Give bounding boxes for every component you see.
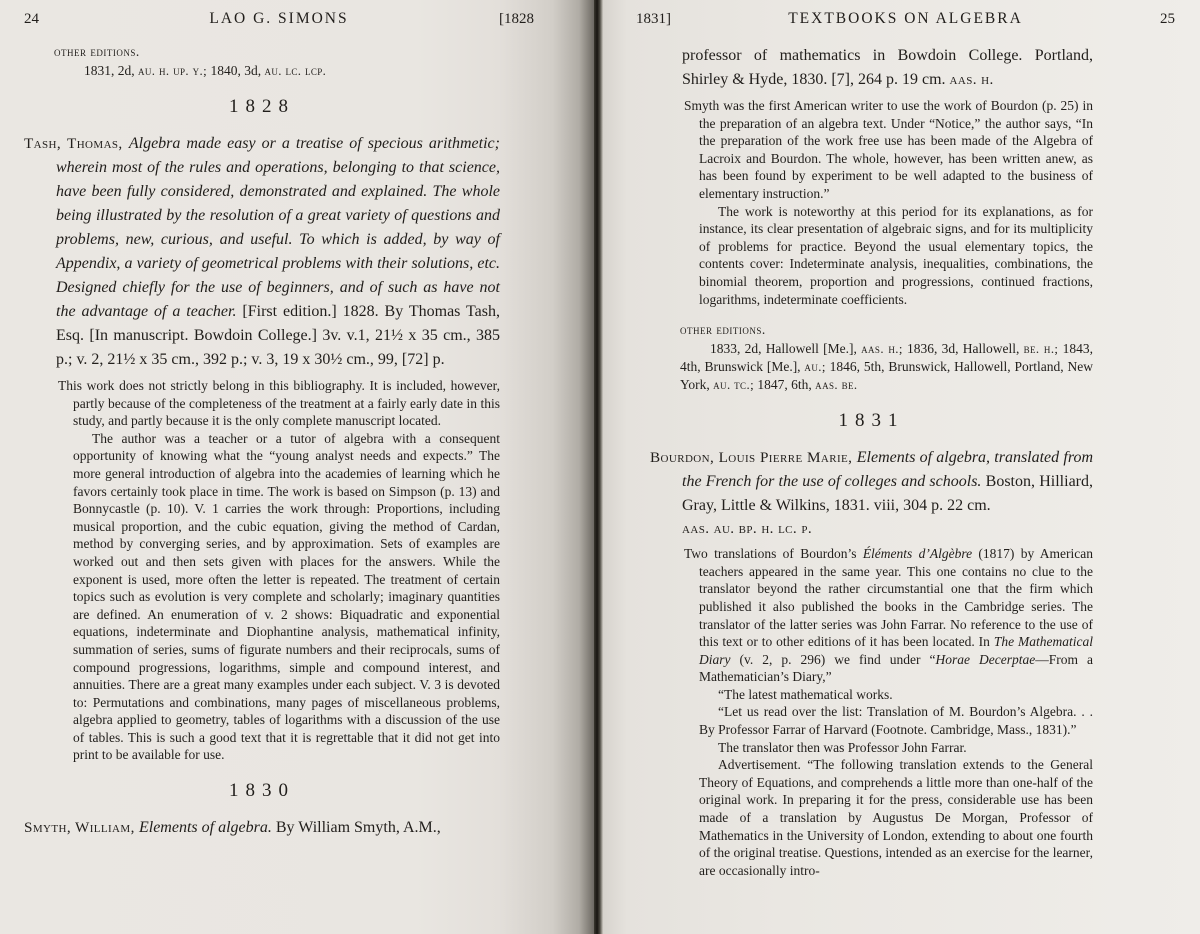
left-other-editions-label: other editions. [54, 44, 500, 60]
left-running-title: LAO G. SIMONS [94, 10, 464, 28]
bourdon-note-paragraph-1: Two translations of Bourdon’s Éléments d… [684, 545, 1093, 686]
section-heading-1831: 1831 [650, 410, 1093, 432]
entry-smyth-continuation: professor of mathematics in Bowdoin Coll… [650, 44, 1093, 92]
bourdon-annotation: Two translations of Bourdon’s Éléments d… [684, 545, 1093, 879]
entry-tash-thomas: Tash, Thomas, Algebra made easy or a tre… [24, 132, 500, 372]
book-scan-spread: { "left_page": { "page_number": "24", "r… [0, 0, 1200, 934]
right-running-head: 1831] TEXTBOOKS ON ALGEBRA 25 [636, 10, 1175, 28]
bourdon-note-paragraph-2: “The latest mathematical works. [684, 686, 1093, 704]
right-year-marker: 1831] [636, 11, 706, 28]
page-gutter-shadow [594, 0, 603, 934]
tash-note-paragraph-1: This work does not strictly belong in th… [58, 377, 500, 430]
right-page-number: 25 [1105, 11, 1175, 28]
left-running-head: 24 LAO G. SIMONS [1828 [24, 10, 534, 28]
bourdon-note-paragraph-4: The translator then was Professor John F… [684, 739, 1093, 757]
right-other-editions-line: 1833, 2d, Hallowell [Me.], aas. h.; 1836… [680, 340, 1093, 394]
left-year-marker: [1828 [464, 11, 534, 28]
bourdon-library-sigla: aas. au. bp. h. lc. p. [650, 518, 1093, 540]
left-other-editions-line: 1831, 2d, au. h. up. y.; 1840, 3d, au. l… [54, 62, 500, 80]
page-left: 24 LAO G. SIMONS [1828 other editions. 1… [0, 0, 594, 934]
smyth-annotation: Smyth was the first American writer to u… [684, 97, 1093, 308]
bourdon-note-paragraph-3: “Let us read over the list: Translation … [684, 703, 1093, 738]
right-running-title: TEXTBOOKS ON ALGEBRA [706, 10, 1105, 28]
smyth-note-paragraph-2: The work is noteworthy at this period fo… [684, 203, 1093, 309]
left-page-number: 24 [24, 11, 94, 28]
section-heading-1828: 1828 [24, 96, 500, 118]
smyth-note-paragraph-1: Smyth was the first American writer to u… [684, 97, 1093, 203]
page-right: 1831] TEXTBOOKS ON ALGEBRA 25 professor … [603, 0, 1200, 934]
right-other-editions-label: other editions. [680, 322, 1093, 338]
bourdon-note-paragraph-5: Advertisement. “The following translatio… [684, 756, 1093, 879]
tash-annotation: This work does not strictly belong in th… [58, 377, 500, 764]
tash-note-paragraph-2: The author was a teacher or a tutor of a… [58, 430, 500, 764]
section-heading-1830: 1830 [24, 780, 500, 802]
entry-smyth-william: Smyth, William, Elements of algebra. By … [24, 816, 500, 840]
entry-bourdon: Bourdon, Louis Pierre Marie, Elements of… [650, 446, 1093, 518]
